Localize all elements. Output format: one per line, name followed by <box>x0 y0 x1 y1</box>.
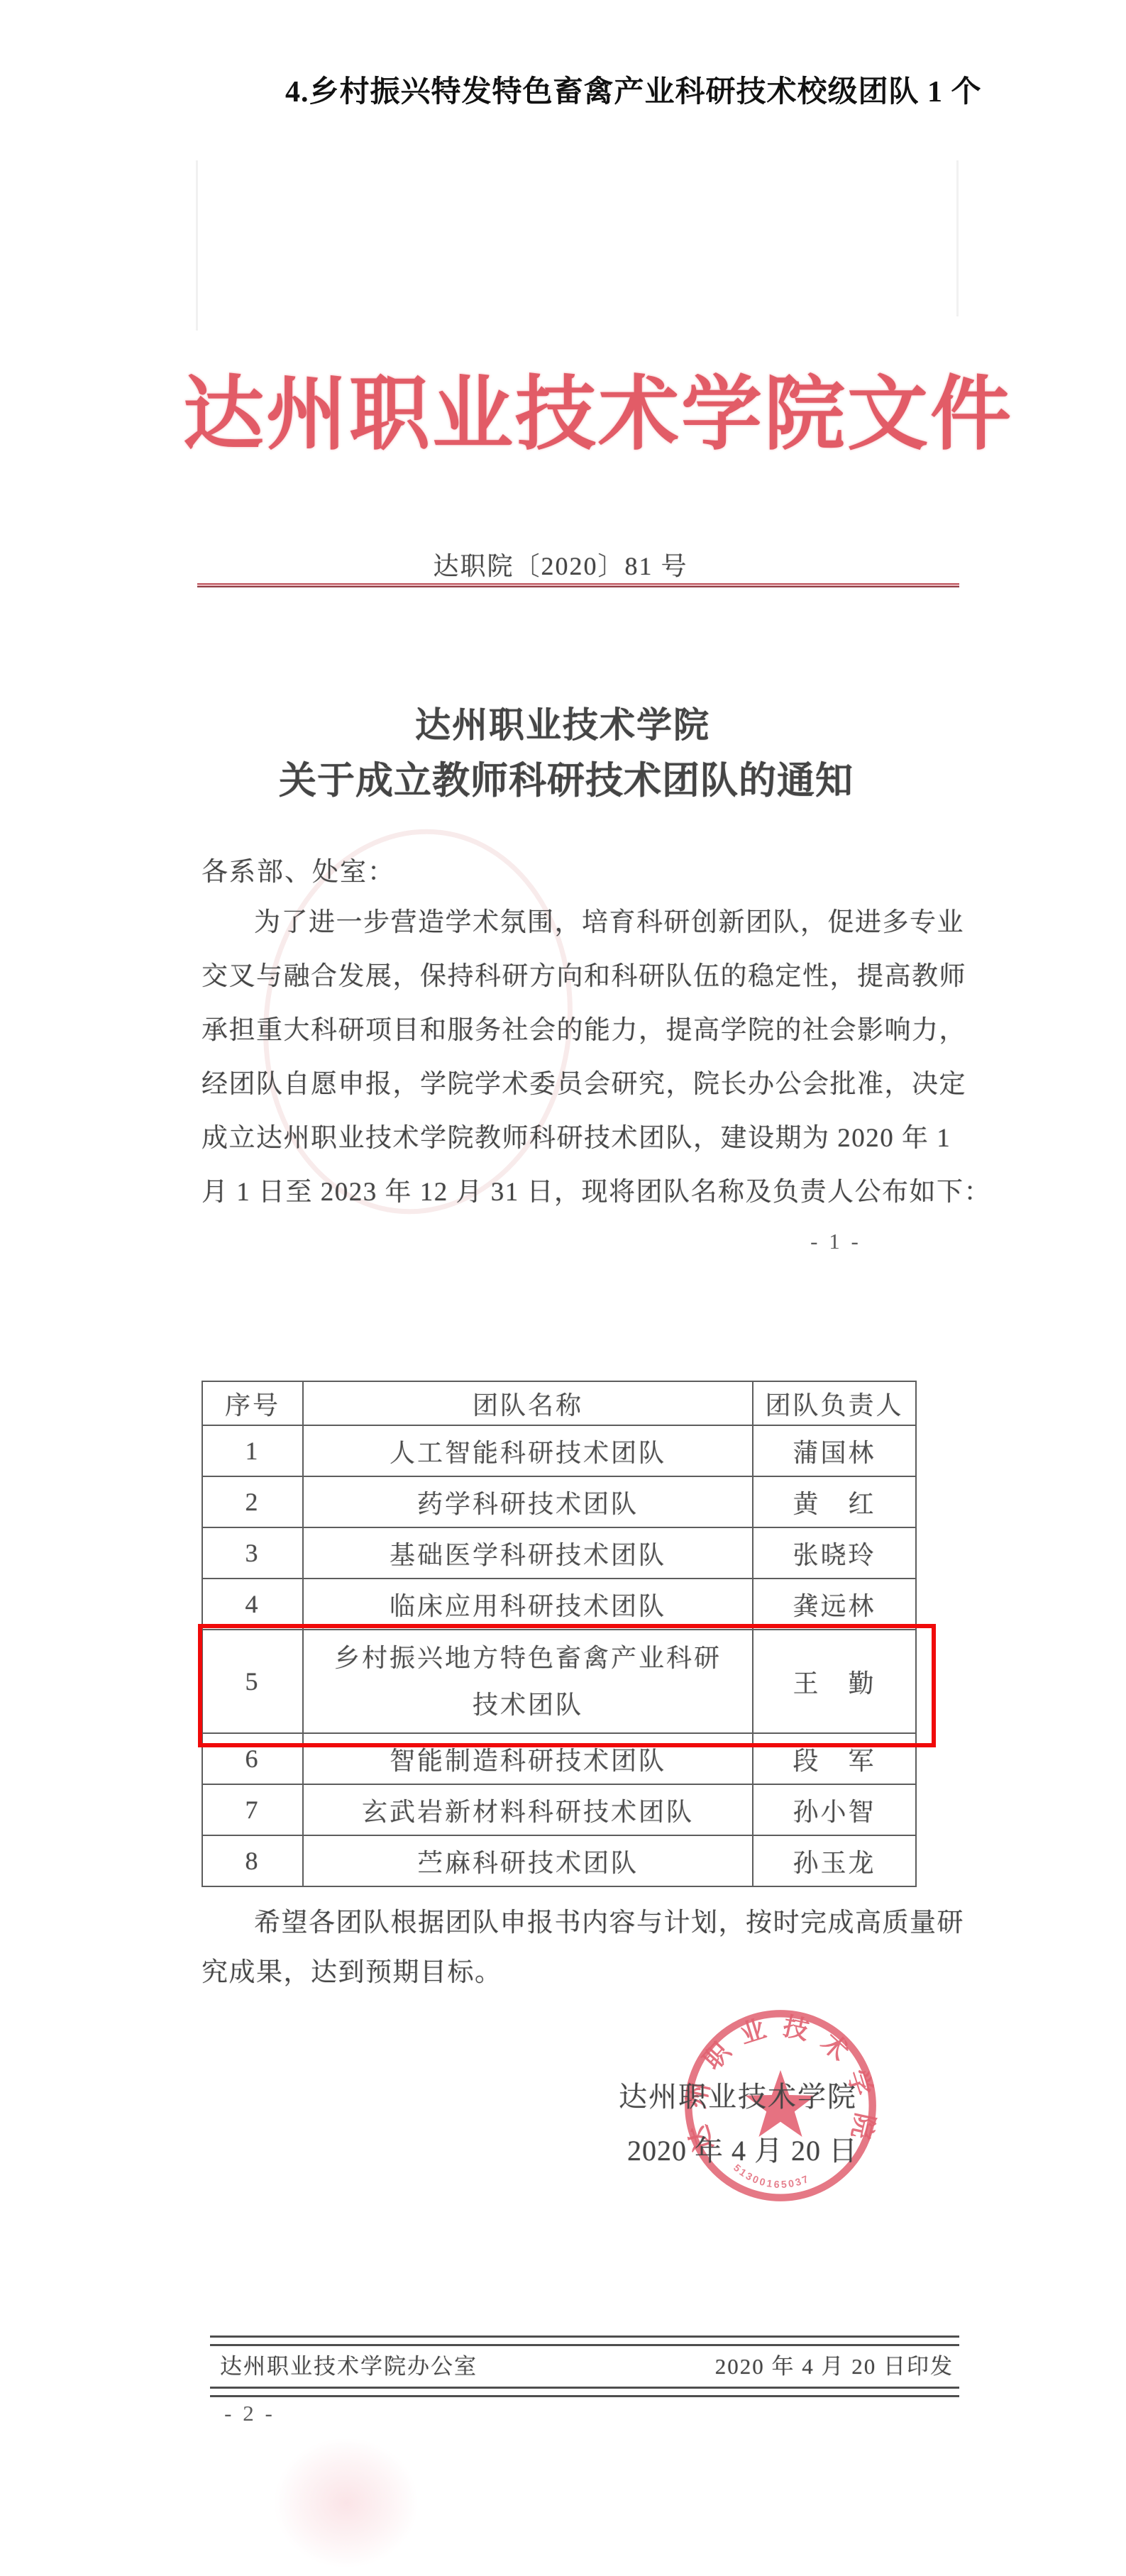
team-leader: 孙玉龙 <box>753 1835 916 1886</box>
table-header-no: 序号 <box>202 1381 303 1425</box>
team-leader: 张晓玲 <box>753 1527 916 1579</box>
body-line: 承担重大科研项目和服务社会的能力，提高学院的社会影响力， <box>202 1013 954 1049</box>
notice-title-line2: 关于成立教师科研技术团队的通知 <box>208 751 924 805</box>
scanned-document-page: 4.乡村振兴特发特色畜禽产业科研技术校级团队 1 个 达州职业技术学院文件 达职… <box>0 0 1126 2576</box>
sign-date: 2020 年 4 月 20 日 <box>627 2128 858 2169</box>
page-number-2: - 2 - <box>207 2401 292 2426</box>
footer-rule-top <box>210 2335 959 2346</box>
row-no: 2 <box>202 1476 303 1527</box>
footer-rule-bottom <box>210 2387 959 2397</box>
table-row: 7 玄武岩新材料科研技术团队 孙小智 <box>202 1784 916 1835</box>
body-line: 经团队自愿申报，学院学术委员会研究，院长办公会批准，决定 <box>202 1067 954 1102</box>
body-line: 成立达州职业技术学院教师科研技术团队，建设期为 2020 年 1 <box>202 1121 954 1156</box>
table-row: 3 基础医学科研技术团队 张晓玲 <box>202 1527 916 1579</box>
footer-office: 达州职业技术学院办公室 <box>220 2348 478 2380</box>
notice-title-line1: 达州职业技术学院 <box>208 697 917 748</box>
table-row: 4 临床应用科研技术团队 龚远林 <box>202 1579 916 1630</box>
row-no: 3 <box>202 1527 303 1579</box>
body-line: 为了进一步营造学术氛围，培育科研创新团队，促进多专业 <box>202 905 954 941</box>
table-header-name: 团队名称 <box>303 1381 753 1425</box>
masthead-title: 达州职业技术学院文件 <box>183 349 949 465</box>
team-leader: 蒲国林 <box>753 1425 916 1476</box>
team-name: 药学科研技术团队 <box>303 1476 753 1527</box>
team-name: 基础医学科研技术团队 <box>303 1527 753 1579</box>
row-no: 7 <box>202 1784 303 1835</box>
footer-print-date: 2020 年 4 月 20 日印发 <box>639 2348 954 2380</box>
team-name: 玄武岩新材料科研技术团队 <box>303 1784 753 1835</box>
page-number-1: - 1 - <box>793 1229 878 1254</box>
highlight-box-row5 <box>198 1624 936 1747</box>
signer-name: 达州职业技术学院 <box>619 2074 857 2115</box>
page-caption: 4.乡村振兴特发特色畜禽产业科研技术校级团队 1 个 <box>285 68 982 111</box>
table-row: 1 人工智能科研技术团队 蒲国林 <box>202 1425 916 1476</box>
row-no: 8 <box>202 1835 303 1886</box>
team-name: 人工智能科研技术团队 <box>303 1425 753 1476</box>
table-header-leader: 团队负责人 <box>753 1381 916 1425</box>
ink-smudge <box>275 2439 417 2567</box>
scan-edge-right <box>956 160 959 316</box>
body-line: 月 1 日至 2023 年 12 月 31 日，现将团队名称及负责人公布如下： <box>202 1175 954 1210</box>
team-name: 苎麻科研技术团队 <box>303 1835 753 1886</box>
closing-line-2: 究成果，达到预期目标。 <box>202 1955 954 1991</box>
row-no: 4 <box>202 1579 303 1630</box>
masthead-red-rule <box>197 583 959 587</box>
team-name: 临床应用科研技术团队 <box>303 1579 753 1630</box>
closing-line-1: 希望各团队根据团队申报书内容与计划，按时完成高质量研 <box>202 1906 954 1941</box>
team-leader: 黄 红 <box>753 1476 916 1527</box>
team-leader: 孙小智 <box>753 1784 916 1835</box>
team-leader: 龚远林 <box>753 1579 916 1630</box>
doc-number: 达职院〔2020〕81 号 <box>284 546 837 582</box>
scan-edge-left <box>196 160 198 331</box>
row-no: 1 <box>202 1425 303 1476</box>
table-row: 2 药学科研技术团队 黄 红 <box>202 1476 916 1527</box>
table-header-row: 序号 团队名称 团队负责人 <box>202 1381 916 1425</box>
body-line: 交叉与融合发展，保持科研方向和科研队伍的稳定性，提高教师 <box>202 959 954 995</box>
table-row: 8 苎麻科研技术团队 孙玉龙 <box>202 1835 916 1886</box>
salutation: 各系部、处室： <box>202 850 395 888</box>
